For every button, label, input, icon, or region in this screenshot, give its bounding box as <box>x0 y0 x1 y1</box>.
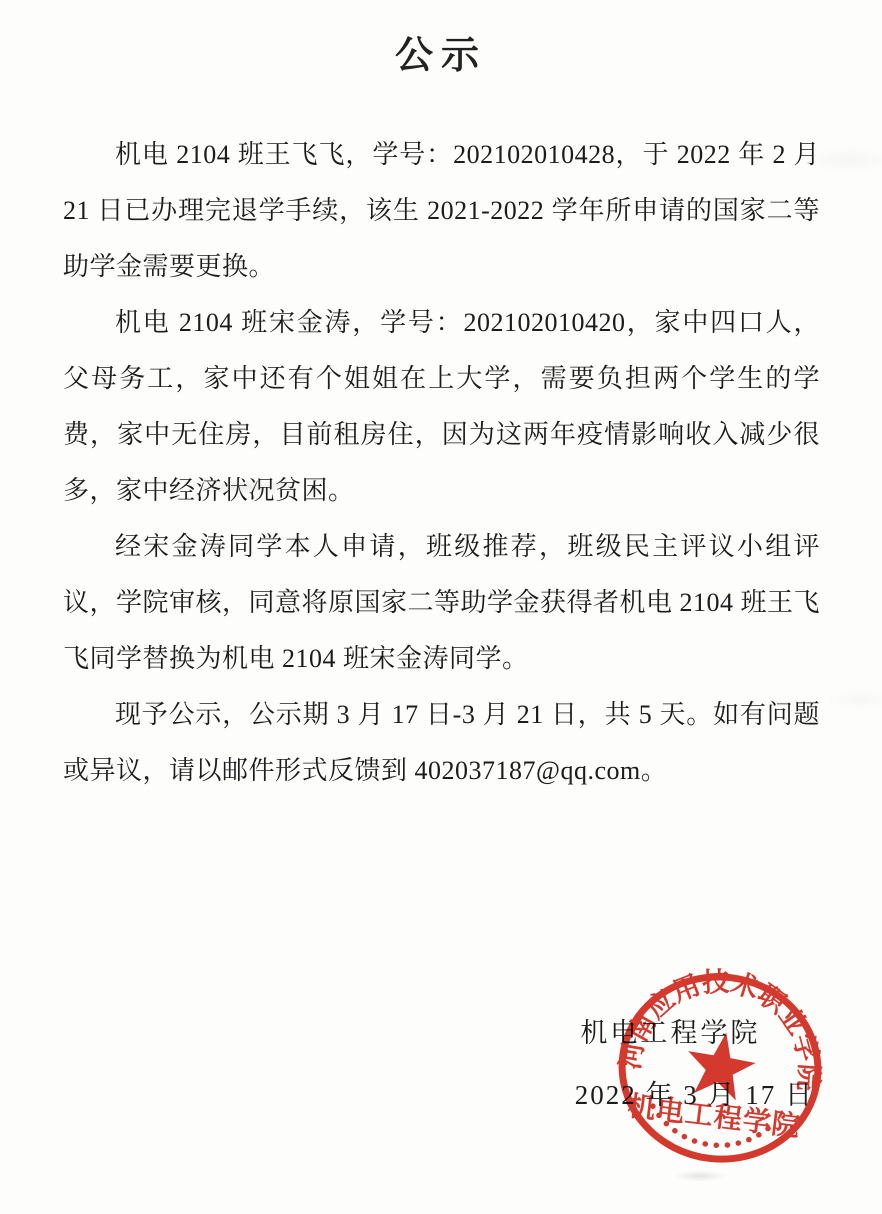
paragraph-withdrawal: 机电 2104 班王飞飞，学号：202102010428，于 2022 年 2 … <box>63 127 820 295</box>
paragraph-family-situation: 机电 2104 班宋金涛，学号：202102010420，家中四口人，父母务工，… <box>63 295 820 519</box>
signature-date: 2022 年 3 月 17 日 <box>575 1064 814 1126</box>
notice-document-page: 公示 机电 2104 班王飞飞，学号：202102010428，于 2022 年… <box>0 0 882 1214</box>
signature-department: 机电工程学院 <box>575 1002 814 1064</box>
signature-block: 机电工程学院 2022 年 3 月 17 日 <box>575 1002 814 1126</box>
paragraph-notice-period: 现予公示，公示期 3 月 17 日-3 月 21 日，共 5 天。如有问题或异议… <box>63 687 820 799</box>
page-title: 公示 <box>0 0 882 82</box>
notice-body: 机电 2104 班王飞飞，学号：202102010428，于 2022 年 2 … <box>63 127 820 799</box>
paragraph-replacement-decision: 经宋金涛同学本人申请，班级推荐，班级民主评议小组评议，学院审核，同意将原国家二等… <box>63 519 820 687</box>
